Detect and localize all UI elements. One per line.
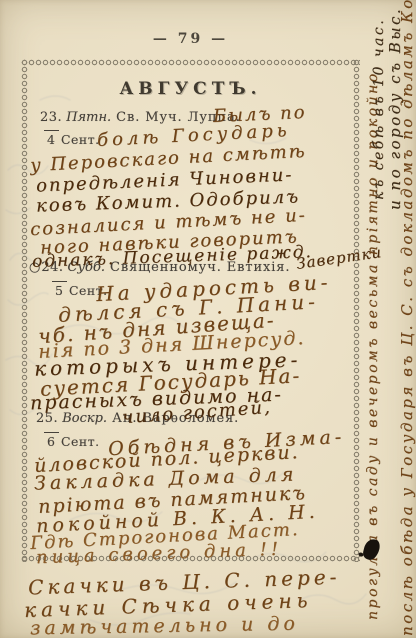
margin-note-vertical: послѣ обѣда у Государя въ Ц. С. съ докла…: [400, 0, 415, 636]
weekday-label: Пятн.: [66, 110, 111, 125]
old-style-day: 23.: [40, 110, 62, 125]
new-style-month: Сент.: [61, 434, 100, 449]
margin-note-vertical: къ себѣ въ 10 час.: [372, 18, 386, 200]
page-number: — 79 —: [21, 31, 360, 47]
new-style-day: 6: [44, 432, 59, 449]
chain-border-left: [21, 59, 28, 562]
handwritten-note-below-frame: замѣчательно и до: [30, 615, 299, 638]
chain-border-top: [21, 59, 360, 66]
new-style-day: 4: [44, 130, 59, 147]
month-title: АВГУСТЪ.: [21, 79, 360, 99]
calendar-entry-old-date: 23.Пятн.Св. Муч. Луппа.: [40, 110, 241, 125]
scanned-diary-page: — 79 — АВГУСТЪ. 23.Пятн.Св. Муч. Луппа. …: [0, 0, 416, 638]
new-style-month: Сент.: [61, 132, 100, 147]
calendar-entry-new-date: 6Сент.: [44, 432, 100, 449]
weekday-label: Воскр.: [62, 411, 107, 426]
new-style-day: 5: [52, 281, 67, 298]
chain-border-right: [353, 59, 360, 562]
calendar-entry-new-date: 4Сент.: [44, 130, 100, 147]
